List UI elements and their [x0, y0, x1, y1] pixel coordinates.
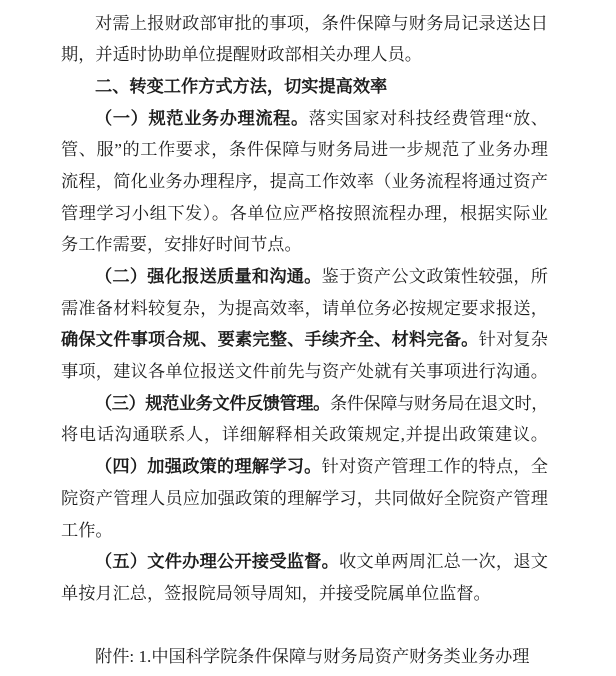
text-line: （一）规范业务办理流程。落实国家对科技经费管理“放、	[61, 103, 548, 135]
body-text-run: 流程，简化业务办理程序，提高工作效率（业务流程将通过资产	[61, 172, 548, 191]
body-text-run: 事项，建议各单位报送文件前先与资产处就有关事项进行沟通。	[61, 362, 548, 381]
text-line: 流程，简化业务办理程序，提高工作效率（业务流程将通过资产	[61, 166, 548, 198]
text-line: （三）规范业务文件反馈管理。条件保障与财务局在退文时，	[61, 388, 548, 420]
body-text-run: 鉴于资产公文政策性较强，所	[322, 267, 548, 286]
text-line: 确保文件事项合规、要素完整、手续齐全、材料完备。针对复杂	[61, 324, 548, 356]
bold-text-run: （五）文件办理公开接受监督。	[95, 551, 339, 571]
bold-text-run: 二、转变工作方式方法，切实提高效率	[95, 76, 387, 96]
text-line: 将电话沟通联系人，详细解释相关政策规定,并提出政策建议。	[61, 419, 548, 451]
text-line: 工作。	[61, 515, 548, 547]
text-line: 院资产管理人员应加强政策的理解学习，共同做好全院资产管理	[61, 483, 548, 515]
bold-text-run: （三）规范业务文件反馈管理。	[95, 393, 330, 413]
text-line: 务工作需要，安排好时间节点。	[61, 229, 548, 261]
body-text-run: 将电话沟通联系人，详细解释相关政策规定,并提出政策建议。	[61, 425, 548, 444]
body-text-run: 管、服”的工作要求，条件保障与财务局进一步规范了业务办理	[61, 140, 548, 159]
body-text-run: 单按月汇总，签报院局领导周知，并接受院属单位监督。	[61, 584, 491, 603]
bold-text-run: （一）规范业务办理流程。	[95, 108, 309, 128]
text-line: 单按月汇总，签报院局领导周知，并接受院属单位监督。	[61, 578, 548, 610]
text-line: （二）强化报送质量和沟通。鉴于资产公文政策性较强，所	[61, 261, 548, 293]
document-content: 对需上报财政部审批的事项，条件保障与财务局记录送达日期，并适时协助单位提醒财政部…	[0, 0, 548, 673]
body-text-run: 针对复杂	[479, 330, 548, 349]
bold-text-run: （四）加强政策的理解学习。	[95, 456, 322, 476]
body-text-run: 务工作需要，安排好时间节点。	[61, 235, 302, 254]
body-text-run: 期，并适时协助单位提醒财政部相关办理人员。	[61, 45, 422, 64]
body-text-run: 对需上报财政部审批的事项，条件保障与财务局记录送达日	[95, 14, 548, 33]
body-text-run: 收文单两周汇总一次，退文	[339, 552, 548, 571]
text-line: 管理学习小组下发）。各单位应严格按照流程办理，根据实际业	[61, 198, 548, 230]
text-line: 附件: 1.中国科学院条件保障与财务局资产财务类业务办理	[61, 641, 548, 673]
bold-text-run: （二）强化报送质量和沟通。	[95, 266, 322, 286]
blank-line	[61, 610, 548, 642]
text-line: 事项，建议各单位报送文件前先与资产处就有关事项进行沟通。	[61, 356, 548, 388]
text-line: 需准备材料较复杂，为提高效率，请单位务必按规定要求报送，	[61, 293, 548, 325]
body-text-run: 针对资产管理工作的特点，全	[322, 457, 548, 476]
text-line: 管、服”的工作要求，条件保障与财务局进一步规范了业务办理	[61, 134, 548, 166]
body-text-run: 工作。	[61, 521, 113, 540]
text-line: 对需上报财政部审批的事项，条件保障与财务局记录送达日	[61, 8, 548, 40]
body-text-run: 附件: 1.中国科学院条件保障与财务局资产财务类业务办理	[95, 647, 529, 666]
text-line: （四）加强政策的理解学习。针对资产管理工作的特点，全	[61, 451, 548, 483]
body-text-run: 条件保障与财务局在退文时，	[330, 394, 548, 413]
text-line: 期，并适时协助单位提醒财政部相关办理人员。	[61, 39, 548, 71]
body-text-run: 需准备材料较复杂，为提高效率，请单位务必按规定要求报送，	[61, 299, 548, 318]
body-text-run: 院资产管理人员应加强政策的理解学习，共同做好全院资产管理	[61, 489, 548, 508]
body-text-run: 落实国家对科技经费管理“放、	[309, 109, 548, 128]
section-heading: 二、转变工作方式方法，切实提高效率	[61, 71, 548, 103]
body-text-run: 管理学习小组下发）。各单位应严格按照流程办理，根据实际业	[61, 204, 548, 223]
document-page: 对需上报财政部审批的事项，条件保障与财务局记录送达日期，并适时协助单位提醒财政部…	[0, 0, 616, 676]
text-line: （五）文件办理公开接受监督。收文单两周汇总一次，退文	[61, 546, 548, 578]
bold-text-run: 确保文件事项合规、要素完整、手续齐全、材料完备。	[61, 329, 479, 349]
